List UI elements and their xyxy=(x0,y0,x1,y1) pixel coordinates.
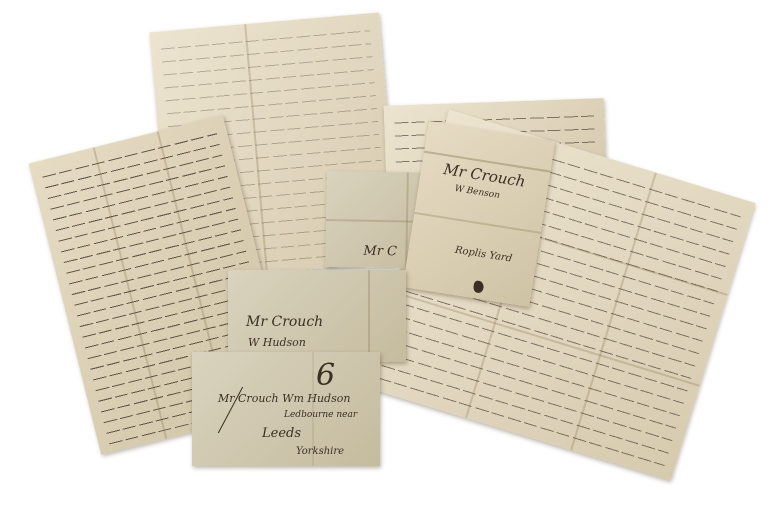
envelope-address: Mr C xyxy=(363,244,397,260)
middle-envelope: Mr Crouch W Hudson xyxy=(228,270,406,362)
address-line-4: Yorkshire xyxy=(296,446,344,457)
upright-envelope: Mr Crouch W Benson Roplis Yard xyxy=(403,121,556,307)
address-line-1: Mr Crouch Wm Hudson xyxy=(218,392,350,405)
front-envelope: 6 Mr Crouch Wm Hudson Ledbourne near Lee… xyxy=(192,352,380,466)
letters-photo: Mr C Mr Crouch W Benson Roplis Yard Mr C… xyxy=(0,0,782,527)
address-line-2: W Hudson xyxy=(248,336,306,349)
postal-mark: 6 xyxy=(316,358,335,393)
address-line-3: Roplis Yard xyxy=(454,245,513,265)
address-line-1: Mr Crouch xyxy=(246,314,323,330)
wax-seal xyxy=(473,280,485,293)
address-line-3: Leeds xyxy=(262,426,301,441)
address-line-2: W Benson xyxy=(454,184,501,201)
address-line-2: Ledbourne near xyxy=(284,410,357,420)
